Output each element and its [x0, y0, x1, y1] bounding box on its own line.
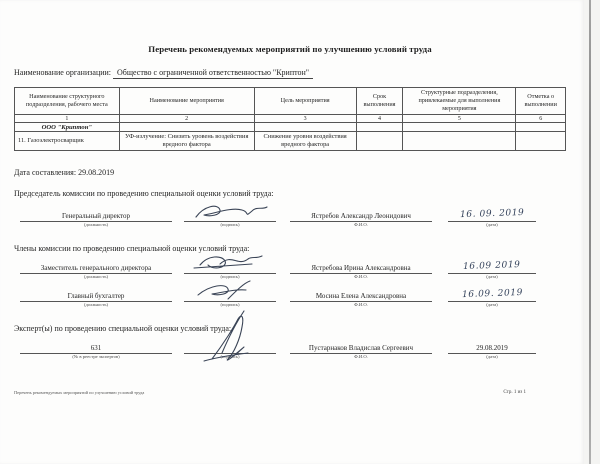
signature-row-chairman: Генеральный директор (должность) (подпис… [20, 209, 566, 228]
col-number: 4 [356, 115, 403, 123]
name-field: Ястребов Александр Леонидович Ф.И.О. [290, 209, 432, 228]
name-field: Мосина Елена Александровна Ф.И.О. [290, 289, 432, 308]
position-field: Главный бухгалтер (должность) [20, 289, 172, 308]
signature-row-member1: Заместитель генерального директора (долж… [20, 261, 566, 280]
name-label: Ф.И.О. [290, 302, 432, 308]
signature-area [184, 209, 276, 222]
col-header-deadline: Срок выполнения [356, 88, 403, 115]
date-field: 16.09 2019 (дата) [448, 261, 536, 280]
organization-label: Наименование организации: [14, 68, 111, 77]
organization-section-row: ООО "Криптон" [15, 123, 566, 132]
member2-signature-icon [192, 279, 270, 303]
date-field: 29.08.2019 (дата) [448, 341, 536, 360]
date-label: (дата) [448, 354, 536, 360]
name-label: Ф.И.О. [290, 222, 432, 228]
empty-cell [516, 123, 566, 132]
date-label: (дата) [448, 222, 536, 228]
experts-block: Эксперт(ы) по проведению специальной оце… [14, 324, 566, 360]
cell-workplace: 11. Газоэлектросварщик [15, 132, 120, 151]
name-label: Ф.И.О. [290, 354, 432, 360]
chairman-signature-icon [192, 201, 270, 223]
date-field: 16.09. 2019 (дата) [448, 289, 536, 308]
col-number: 3 [254, 115, 356, 123]
col-number: 2 [119, 115, 254, 123]
org-section-cell: ООО "Криптон" [15, 123, 120, 132]
name-label: Ф.И.О. [290, 274, 432, 280]
name-value: Ястребова Ирина Александровна [290, 261, 432, 274]
date-value: 29.08.2019 [448, 341, 536, 354]
handwritten-date: 16.09 2019 [463, 260, 521, 272]
signature-area [184, 341, 276, 354]
date-field: 16. 09. 2019 (дата) [448, 209, 536, 228]
position-field: Генеральный директор (должность) [20, 209, 172, 228]
position-value: Генеральный директор [20, 209, 172, 222]
name-field: Пустарнаков Владислав Сергеевич Ф.И.О. [290, 341, 432, 360]
cell-deadline [356, 132, 403, 151]
signature-row-member2: Главный бухгалтер (должность) (подпись) … [20, 289, 566, 308]
col-header-mark: Отметка о выполнении [516, 88, 566, 115]
chairman-heading: Председатель комиссии по проведению спец… [14, 189, 566, 198]
date-label: (дата) [448, 274, 536, 280]
cell-departments [403, 132, 516, 151]
date-label: (дата) [448, 302, 536, 308]
organization-name: Общество с ограниченной ответственностью… [113, 68, 313, 79]
signature-field: (подпись) [184, 341, 276, 360]
handwritten-date: 16. 09. 2019 [460, 208, 525, 220]
signature-label: (подпись) [184, 302, 276, 308]
empty-cell [254, 123, 356, 132]
member1-signature-icon [192, 251, 270, 275]
signature-label: (подпись) [184, 222, 276, 228]
signature-label: (подпись) [184, 354, 276, 360]
experts-heading: Эксперт(ы) по проведению специальной оце… [14, 324, 566, 333]
col-header-departments: Структурные подразделения, привлекаемые … [403, 88, 516, 115]
position-label: (должность) [20, 222, 172, 228]
footer-document-name: Перечень рекомендуемых мероприятий по ул… [14, 390, 144, 395]
signature-field: (подпись) [184, 209, 276, 228]
position-label: (должность) [20, 274, 172, 280]
signature-area [184, 261, 276, 274]
col-header-measure: Наименование мероприятия [119, 88, 254, 115]
position-label: (должность) [20, 302, 172, 308]
name-value: Пустарнаков Владислав Сергеевич [290, 341, 432, 354]
table-row: 11. Газоэлектросварщик УФ-излучение: Сни… [15, 132, 566, 151]
col-header-purpose: Цель мероприятия [254, 88, 356, 115]
cell-mark [516, 132, 566, 151]
col-number: 6 [516, 115, 566, 123]
name-value: Мосина Елена Александровна [290, 289, 432, 302]
position-value: Заместитель генерального директора [20, 261, 172, 274]
page-footer: Перечень рекомендуемых мероприятий по ул… [14, 390, 566, 395]
column-numbers-row: 1 2 3 4 5 6 [15, 115, 566, 123]
members-heading: Члены комиссии по проведению специальной… [14, 244, 566, 253]
measures-table: Наименование структурного подразделения,… [14, 87, 566, 151]
signature-area [184, 289, 276, 302]
cell-purpose: Снижение уровня воздействия вредного фак… [254, 132, 356, 151]
position-value: Главный бухгалтер [20, 289, 172, 302]
registry-field: 631 (№ в реестре экспертов) [20, 341, 172, 360]
document-title: Перечень рекомендуемых мероприятий по ул… [14, 44, 566, 54]
table-header-row: Наименование структурного подразделения,… [15, 88, 566, 115]
registry-label: (№ в реестре экспертов) [20, 354, 172, 360]
date-compiled: Дата составления: 29.08.2019 [14, 168, 566, 177]
empty-cell [403, 123, 516, 132]
cell-measure: УФ-излучение: Снизить уровень воздействи… [119, 132, 254, 151]
empty-cell [356, 123, 403, 132]
handwritten-date: 16.09. 2019 [461, 288, 522, 300]
name-field: Ястребова Ирина Александровна Ф.И.О. [290, 261, 432, 280]
signature-label: (подпись) [184, 274, 276, 280]
col-number: 5 [403, 115, 516, 123]
position-field: Заместитель генерального директора (долж… [20, 261, 172, 280]
name-value: Ястребов Александр Леонидович [290, 209, 432, 222]
scanned-document-page: Перечень рекомендуемых мероприятий по ул… [0, 0, 584, 464]
registry-value: 631 [20, 341, 172, 354]
signature-row-expert: 631 (№ в реестре экспертов) (подпись) Пу… [20, 341, 566, 360]
signature-field: (подпись) [184, 289, 276, 308]
scan-edge-artifact [589, 0, 591, 464]
organization-line: Наименование организации: Общество с огр… [14, 68, 566, 77]
signature-field: (подпись) [184, 261, 276, 280]
col-header-workplace: Наименование структурного подразделения,… [15, 88, 120, 115]
col-number: 1 [15, 115, 120, 123]
empty-cell [119, 123, 254, 132]
document-content: Перечень рекомендуемых мероприятий по ул… [14, 0, 566, 360]
footer-page-number: Стр. 1 из 1 [503, 390, 526, 395]
